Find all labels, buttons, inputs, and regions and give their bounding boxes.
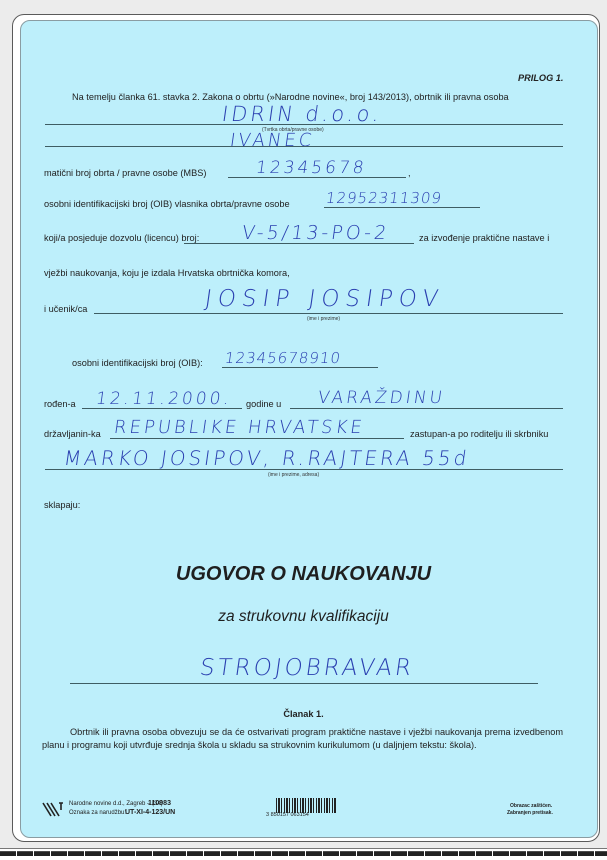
owner-oib-line [324,207,480,208]
student-name-value: JOSIP JOSIPOV [203,286,446,312]
born-date-line [82,408,242,409]
company-name-line [45,124,563,125]
document-title: UGOVOR O NAUKOVANJU [0,563,607,586]
student-name-line [94,313,563,314]
mbs-line [228,177,406,178]
license-label: koji/a posjeduje dozvolu (licencu) broj: [44,233,199,243]
article-text: Obrtnik ili pravna osoba obvezuju se da … [42,726,563,751]
license-value: V-5/13-PO-2 [240,222,390,244]
owner-oib-label: osobni identifikacijski broj (OIB) vlasn… [44,199,290,209]
company-city-line [45,146,563,147]
student-caption: (ime i prezime) [307,316,340,322]
born-place-line [290,408,563,409]
company-city-value: IVANEC [229,130,316,151]
protected-line2: Zabranjen pretisak. [507,810,553,816]
intro-text: Na temelju članka 61. stavka 2. Zakona o… [72,92,509,102]
order-value: UT-XI-4-123/UN [125,809,175,816]
represented-label: zastupan-a po roditelju ili skrbniku [410,429,548,439]
qualification-line [70,683,538,684]
barcode-number: 3 850157 063154 [266,812,309,818]
conclude-label: sklapaju: [44,500,80,510]
born-year-label: godine u [246,399,281,409]
order-label: Oznaka za narudžbu: [69,810,126,816]
guardian-value: MARKO JOSIPOV, R.RAJTERA 55d [62,446,471,470]
cut-off-text-strip: ▬▬▬▬▬▬▬▬▬▬▬▬▬▬▬▬▬▬▬▬▬▬▬▬▬▬▬▬▬▬▬▬▬▬▬▬▬▬ [0,848,607,860]
born-label: rođen-a [44,399,76,409]
article-heading: Članak 1. [0,709,607,719]
student-oib-label: osobni identifikacijski broj (OIB): [72,358,203,368]
narodne-novine-logo-icon [42,802,64,817]
mbs-label: matični broj obrta / pravne osobe (MBS) [44,168,206,178]
issuer-text: vježbi naukovanja, koju je izdala Hrvats… [44,268,290,278]
comma: , [408,168,411,178]
born-date-value: 12.11.2000. [95,389,234,409]
license-suffix: za izvođenje praktične nastave i [419,233,549,243]
student-oib-value: 12345678910 [224,349,343,367]
citizen-label: državljanin-ka [44,429,101,439]
owner-oib-value: 12952311309 [325,189,444,207]
citizenship-value: REPUBLIKE HRVATSKE [113,417,367,438]
document-subtitle: za strukovnu kvalifikaciju [0,608,607,626]
citizenship-line [110,438,404,439]
license-line [184,243,414,244]
mbs-value: 12345678 [255,158,368,178]
student-oib-line [222,367,378,368]
guardian-line [45,469,563,470]
barcode-icon [276,798,336,813]
guardian-caption: (ime i prezime, adresa) [268,472,319,478]
qualification-value: STROJOBRAVAR [198,655,416,681]
company-name-value: IDRIN d.o.o. [220,102,383,126]
born-place-value: VARAŽDINU [317,388,447,408]
publisher-code: 110983 [148,800,171,807]
student-label: i učenik/ca [44,304,87,314]
annex-label: PRILOG 1. [518,73,563,83]
protected-line1: Obrazac zaštićen. [510,803,552,809]
